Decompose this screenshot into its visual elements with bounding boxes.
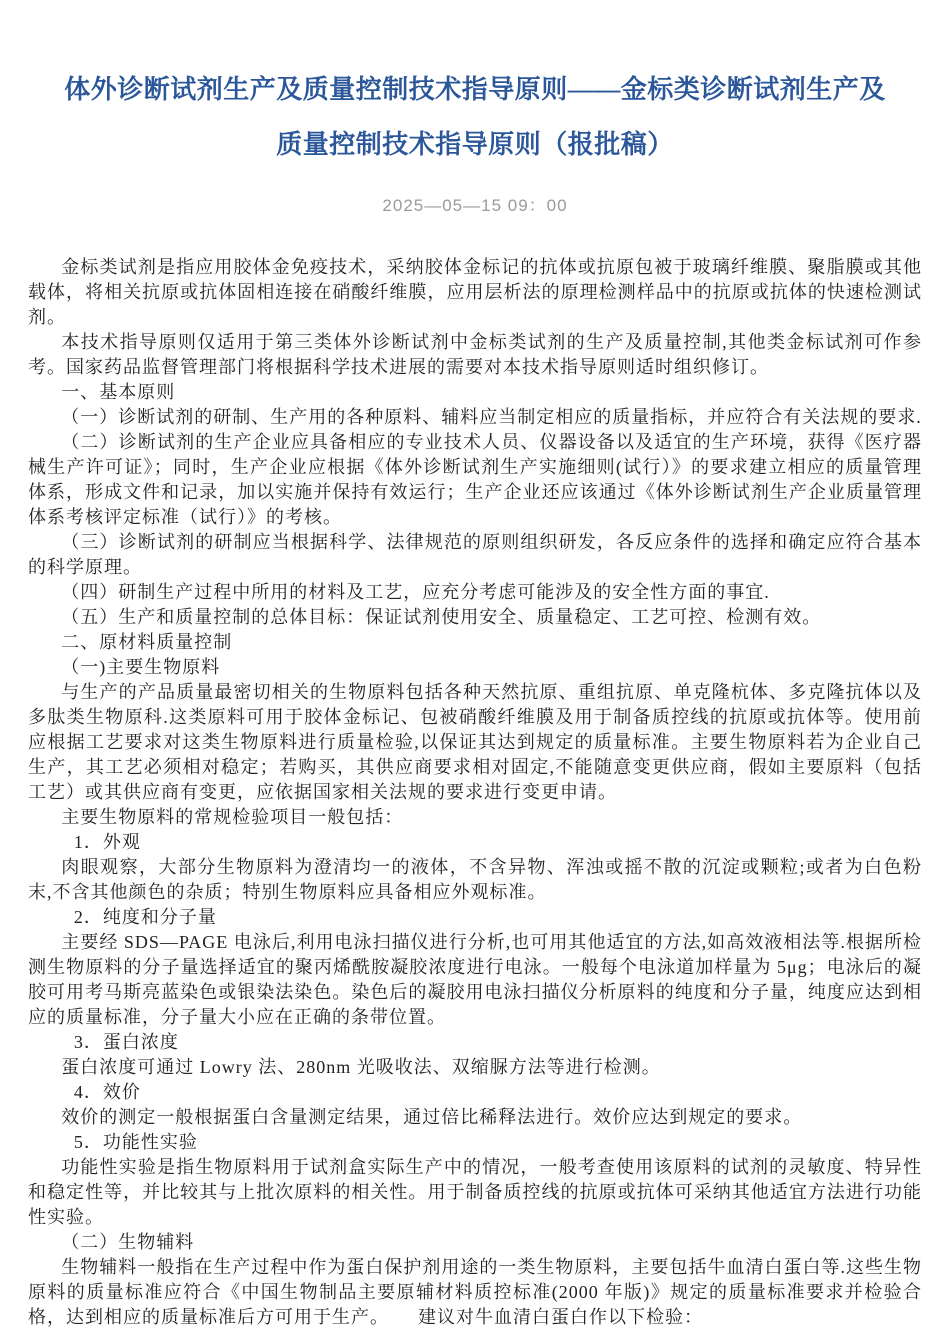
paragraph: （一）诊断试剂的研制、生产用的各种原料、辅料应当制定相应的质量指标，并应符合有关… — [28, 405, 922, 430]
paragraph: 3．蛋白浓度 — [28, 1030, 922, 1055]
paragraph: 4．效价 — [28, 1080, 922, 1105]
document-body: 金标类试剂是指应用胶体金免疫技术，采纳胶体金标记的抗体或抗原包被于玻璃纤维膜、聚… — [28, 255, 922, 1330]
paragraph: 2．纯度和分子量 — [28, 905, 922, 930]
paragraph: 肉眼观察，大部分生物原料为澄清均一的液体，不含异物、浑浊或摇不散的沉淀或颗粒;或… — [28, 855, 922, 905]
paragraph: （四）研制生产过程中所用的材料及工艺，应充分考虑可能涉及的安全性方面的事宜. — [28, 580, 922, 605]
paragraph: 本技术指导原则仅适用于第三类体外诊断试剂中金标类试剂的生产及质量控制,其他类金标… — [28, 330, 922, 380]
paragraph: 与生产的产品质量最密切相关的生物原料包括各种天然抗原、重组抗原、单克隆杭体、多克… — [28, 680, 922, 805]
paragraph: 5．功能性实验 — [28, 1130, 922, 1155]
paragraph: 生物辅料一般指在生产过程中作为蛋白保护剂用途的一类生物原料，主要包括牛血清白蛋白… — [28, 1255, 922, 1330]
paragraph: （二）诊断试剂的生产企业应具备相应的专业技术人员、仪器设备以及适宜的生产环境，获… — [28, 430, 922, 530]
document-title-line-1: 体外诊断试剂生产及质量控制技术指导原则——金标类诊断试剂生产及 — [28, 62, 922, 117]
document-title-line-2: 质量控制技术指导原则（报批稿） — [28, 117, 922, 172]
paragraph: 效价的测定一般根据蛋白含量测定结果，通过倍比稀释法进行。效价应达到规定的要求。 — [28, 1105, 922, 1130]
paragraph: （三）诊断试剂的研制应当根据科学、法律规范的原则组织研发，各反应条件的选择和确定… — [28, 530, 922, 580]
document-page: 体外诊断试剂生产及质量控制技术指导原则——金标类诊断试剂生产及 质量控制技术指导… — [0, 0, 950, 1344]
paragraph: 一、基本原则 — [28, 380, 922, 405]
paragraph: 二、原材料质量控制 — [28, 630, 922, 655]
paragraph: 功能性实验是指生物原料用于试剂盒实际生产中的情况，一般考查使用该原料的试剂的灵敏… — [28, 1155, 922, 1230]
paragraph: （五）生产和质量控制的总体目标：保证试剂使用安全、质量稳定、工艺可控、检测有效。 — [28, 605, 922, 630]
paragraph: 1．外观 — [28, 830, 922, 855]
document-title: 体外诊断试剂生产及质量控制技术指导原则——金标类诊断试剂生产及 质量控制技术指导… — [28, 62, 922, 172]
paragraph: （一)主要生物原料 — [28, 655, 922, 680]
publish-date: 2025—05—15 09：00 — [28, 194, 922, 218]
paragraph: （二）生物辅料 — [28, 1230, 922, 1255]
paragraph: 金标类试剂是指应用胶体金免疫技术，采纳胶体金标记的抗体或抗原包被于玻璃纤维膜、聚… — [28, 255, 922, 330]
paragraph: 蛋白浓度可通过 Lowry 法、280nm 光吸收法、双缩脲方法等进行检测。 — [28, 1055, 922, 1080]
paragraph: 主要经 SDS—PAGE 电泳后,利用电泳扫描仪进行分析,也可用其他适宜的方法,… — [28, 930, 922, 1030]
paragraph: 主要生物原料的常规检验项目一般包括： — [28, 805, 922, 830]
